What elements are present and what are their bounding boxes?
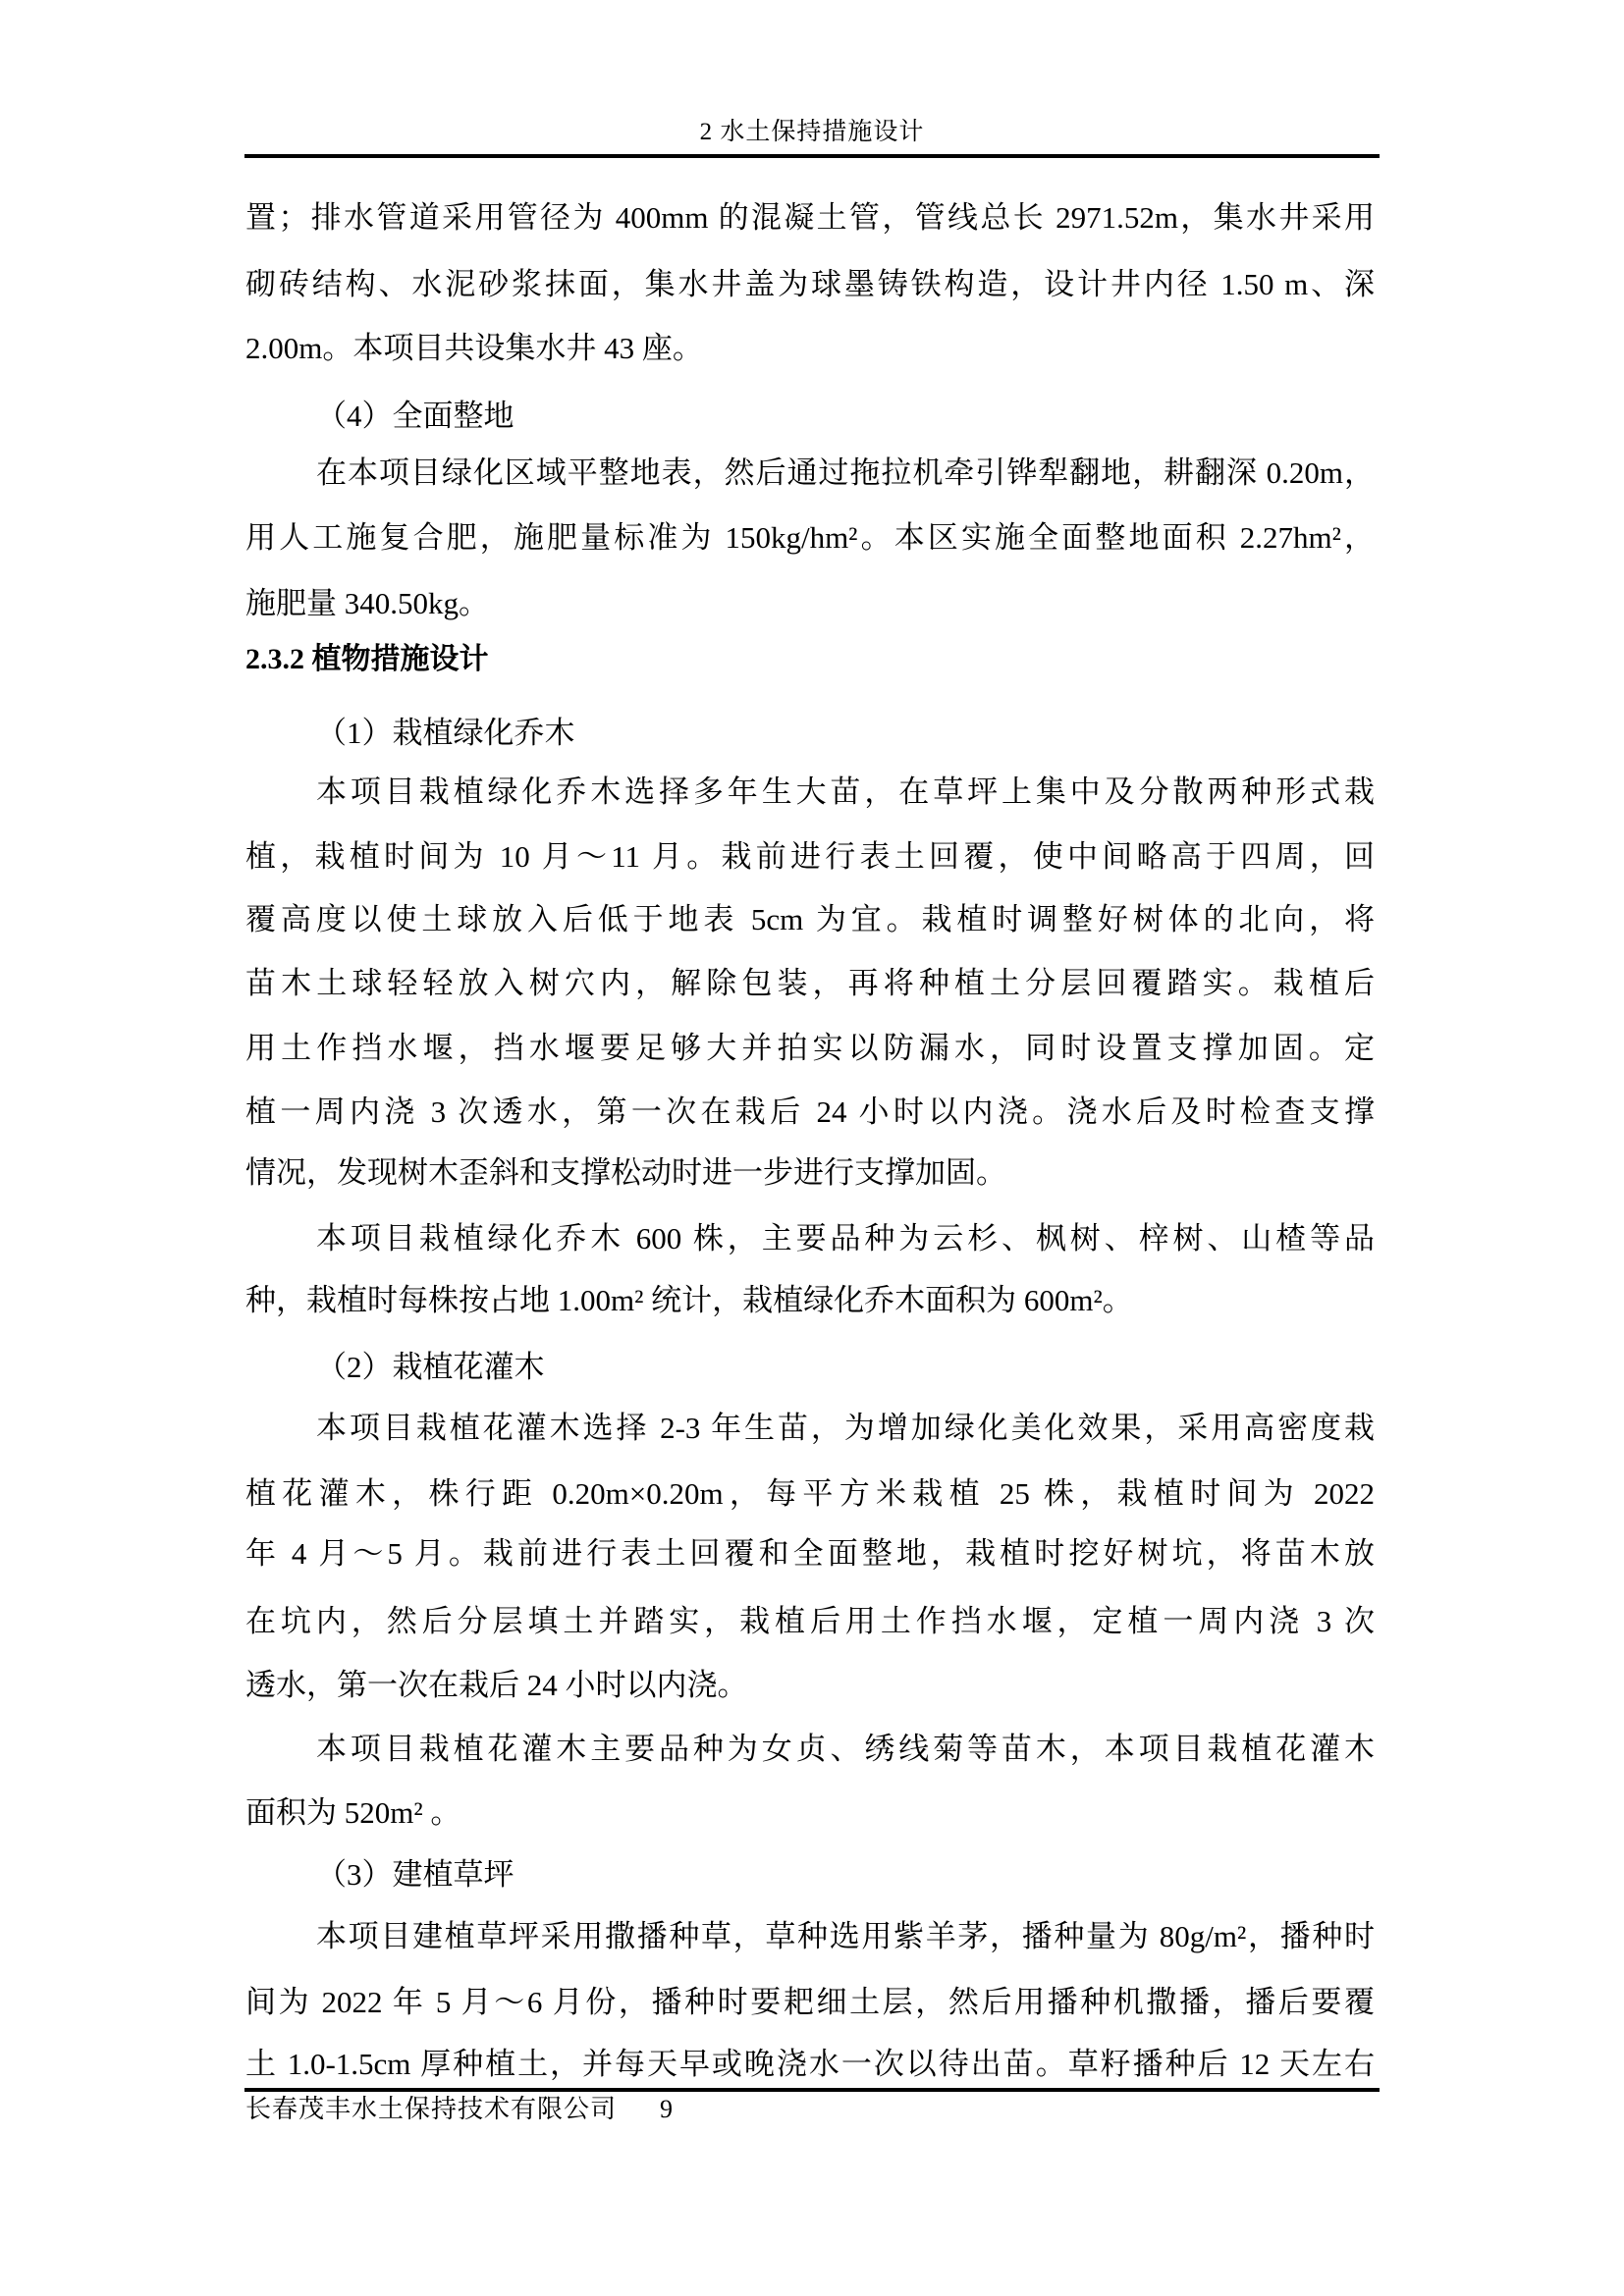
header-rule <box>244 154 1380 158</box>
paragraph-line: 土 1.0-1.5cm 厚种植土，并每天早或晚浇水一次以待出苗。草籽播种后 12… <box>245 2043 1375 2086</box>
paragraph-line: 透水，第一次在栽后 24 小时以内浇。 <box>245 1664 1375 1707</box>
paragraph-line: 在本项目绿化区域平整地表，然后通过拖拉机牵引铧犁翻地，耕翻深 0.20m， <box>245 452 1375 495</box>
paragraph-line: 覆高度以使土球放入后低于地表 5cm 为宜。栽植时调整好树体的北向，将 <box>245 898 1375 941</box>
paragraph-line: 间为 2022 年 5 月～6 月份，播种时要耙细土层，然后用播种机撒播，播后要… <box>245 1981 1375 2024</box>
footer-company: 长春茂丰水土保持技术有限公司 <box>245 2092 617 2127</box>
paragraph-line: 本项目栽植花灌木主要品种为女贞、绣线菊等苗木，本项目栽植花灌木 <box>245 1728 1375 1771</box>
paragraph-line: 在坑内，然后分层填土并踏实，栽植后用土作挡水堰，定植一周内浇 3 次 <box>245 1600 1375 1643</box>
paragraph-line: 面积为 520m² 。 <box>245 1791 1375 1835</box>
paragraph-line: 用人工施复合肥，施肥量标准为 150kg/hm²。本区实施全面整地面积 2.27… <box>245 516 1375 560</box>
header-title: 2 水土保持措施设计 <box>0 116 1624 149</box>
paragraph-line: 苗木土球轻轻放入树穴内，解除包装，再将种植土分层回覆踏实。栽植后 <box>245 962 1375 1005</box>
paragraph-line: 本项目建植草坪采用撒播种草，草种选用紫羊茅，播种量为 80g/m²，播种时 <box>245 1915 1375 1958</box>
subsection-title: （4）全面整地 <box>245 395 1375 438</box>
paragraph-line: 砌砖结构、水泥砂浆抹面，集水井盖为球墨铸铁构造，设计井内径 1.50 m、深 <box>245 263 1375 306</box>
paragraph-line: 施肥量 340.50kg。 <box>245 582 1375 625</box>
subsection-title: （3）建植草坪 <box>245 1853 1375 1896</box>
subsection-title: （1）栽植绿化乔木 <box>245 712 1375 755</box>
paragraph-line: 植一周内浇 3 次透水，第一次在栽后 24 小时以内浇。浇水后及时检查支撑 <box>245 1091 1375 1134</box>
paragraph-line: 本项目栽植绿化乔木选择多年生大苗，在草坪上集中及分散两种形式栽 <box>245 771 1375 814</box>
paragraph-line: 本项目栽植绿化乔木 600 株，主要品种为云杉、枫树、梓树、山楂等品 <box>245 1217 1375 1260</box>
paragraph-line: 植，栽植时间为 10 月～11 月。栽前进行表土回覆，使中间略高于四周，回 <box>245 835 1375 879</box>
paragraph-line: 2.00m。本项目共设集水井 43 座。 <box>245 327 1375 370</box>
paragraph-line: 用土作挡水堰，挡水堰要足够大并拍实以防漏水，同时设置支撑加固。定 <box>245 1027 1375 1070</box>
paragraph-line: 年 4 月～5 月。栽前进行表土回覆和全面整地，栽植时挖好树坑，将苗木放 <box>245 1532 1375 1575</box>
subsection-title: （2）栽植花灌木 <box>245 1346 1375 1389</box>
paragraph-line: 种，栽植时每株按占地 1.00m² 统计，栽植绿化乔木面积为 600m²。 <box>245 1279 1375 1322</box>
page-number: 9 <box>660 2092 673 2127</box>
paragraph-line: 置；排水管道采用管径为 400mm 的混凝土管，管线总长 2971.52m，集水… <box>245 196 1375 240</box>
section-heading: 2.3.2 植物措施设计 <box>245 638 1375 681</box>
paragraph-line: 情况，发现树木歪斜和支撑松动时进一步进行支撑加固。 <box>245 1151 1375 1195</box>
paragraph-line: 本项目栽植花灌木选择 2-3 年生苗，为增加绿化美化效果，采用高密度栽 <box>245 1407 1375 1450</box>
paragraph-line: 植花灌木，株行距 0.20m×0.20m，每平方米栽植 25 株，栽植时间为 2… <box>245 1472 1375 1516</box>
